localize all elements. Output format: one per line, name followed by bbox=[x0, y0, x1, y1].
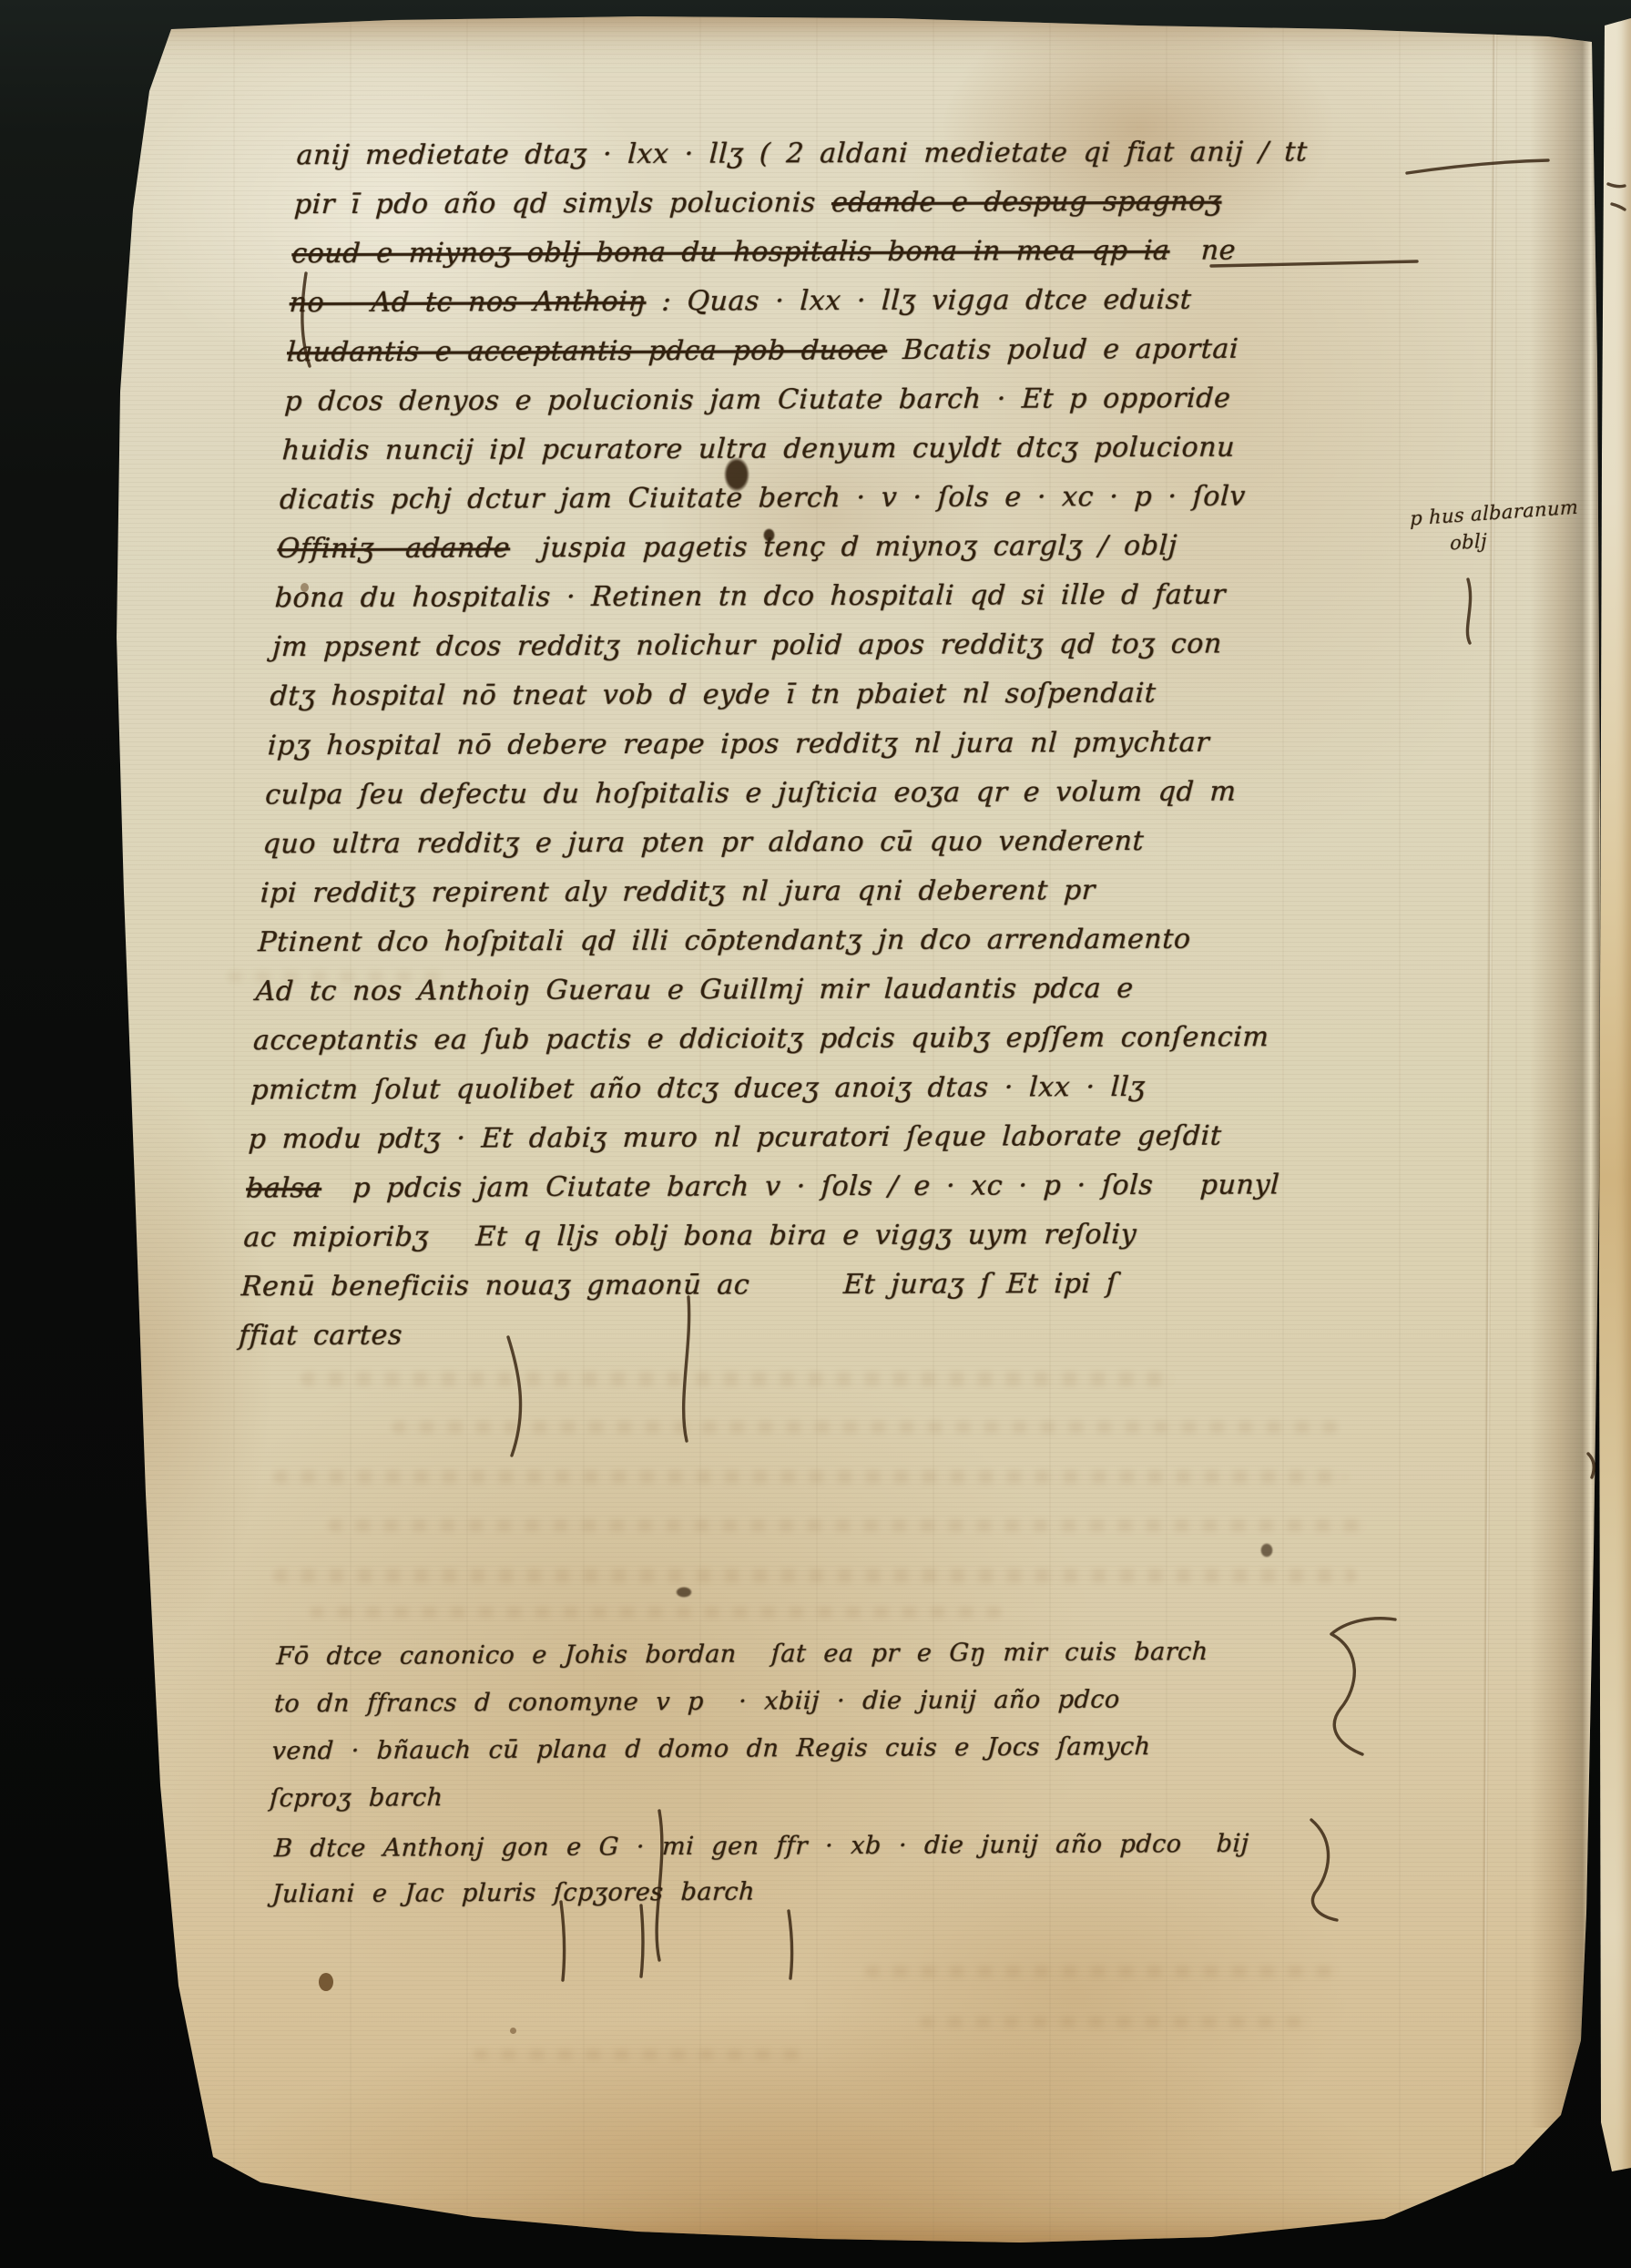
text-segment: ne bbox=[1169, 235, 1237, 267]
text-segment: : Quas · lxx · llʒ vigga dtce eduist bbox=[646, 284, 1193, 318]
text-segment: Bcatis polud e aportai bbox=[886, 333, 1239, 366]
text-segment: p dcos denyos e polucionis jam Ciutate b… bbox=[284, 383, 1232, 418]
manuscript-line: p dcos denyos e polucionis jam Ciutate b… bbox=[283, 373, 1452, 426]
showthrough-smudge bbox=[328, 1519, 1366, 1532]
manuscript-line: pmictm ſolut quolibet año dtcʒ duceʒ ano… bbox=[250, 1062, 1418, 1115]
text-segment: B dtce Anthonj gon e G · mi gen ffr · xb… bbox=[273, 1830, 1249, 1864]
text-segment: huidis nuncij ipl pcuratore ultra denyum… bbox=[281, 432, 1236, 467]
manuscript-line: ſcproʒ barch bbox=[269, 1770, 1419, 1824]
manuscript-line: p modu pdtʒ · Et dabiʒ muro nl pcuratori… bbox=[247, 1111, 1415, 1164]
ink-blot bbox=[676, 1587, 692, 1598]
ink-blot bbox=[1260, 1543, 1273, 1558]
text-segment: to dn ffrancs d conomyne v p · xbiij · d… bbox=[273, 1685, 1120, 1718]
text-segment: pmictm ſolut quolibet año dtcʒ duceʒ ano… bbox=[250, 1071, 1147, 1106]
docket-note-first: Fō dtce canonico e Johis bordan ſat ea p… bbox=[269, 1628, 1425, 1824]
struck-text-segment: laudantis e acceptantis pdca pob duoce bbox=[286, 334, 888, 368]
text-segment: ipʒ hospital nō debere reape ipos reddit… bbox=[267, 727, 1210, 762]
struck-text-segment: no Ad tc nos Anthoiŋ bbox=[289, 286, 647, 319]
struck-text-segment: balsa bbox=[245, 1172, 322, 1204]
text-segment: jm ppsent dcos redditʒ nolichur polid ap… bbox=[271, 628, 1222, 664]
manuscript-line: ipʒ hospital nō debere reape ipos reddit… bbox=[267, 718, 1435, 771]
showthrough-smudge bbox=[301, 1372, 1175, 1386]
struck-text-segment: Offiniʒ adande bbox=[277, 532, 511, 565]
manuscript-line: anij medietate dtaʒ · lxx · llʒ ( 2 alda… bbox=[295, 128, 1463, 180]
showthrough-smudge bbox=[310, 1607, 1002, 1618]
manuscript-line: ffiat cartes bbox=[238, 1308, 1406, 1361]
text-segment: Ad tc nos Anthoiŋ Guerau e Guillmj mir l… bbox=[255, 973, 1135, 1007]
paper-stain-speck bbox=[510, 2028, 516, 2034]
manuscript-line: Ad tc nos Anthoiŋ Guerau e Guillmj mir l… bbox=[254, 964, 1422, 1017]
manuscript-line: no Ad tc nos Anthoiŋ : Quas · lxx · llʒ … bbox=[288, 275, 1456, 328]
fore-edge-shading bbox=[1530, 33, 1599, 2128]
text-segment: p pdcis jam Ciutate barch v · ſols / e ·… bbox=[321, 1169, 1280, 1204]
manuscript-line: jm ppsent dcos redditʒ nolichur polid ap… bbox=[271, 619, 1440, 672]
manuscript-line: balsa p pdcis jam Ciutate barch v · ſols… bbox=[245, 1160, 1413, 1213]
manuscript-line: vend · bñauch cū plana d domo dn Regis c… bbox=[270, 1722, 1421, 1776]
manuscript-line: ipi redditʒ repirent aly redditʒ nl jura… bbox=[260, 865, 1428, 918]
manuscript-line: dicatis pchj dctur jam Ciuitate berch · … bbox=[279, 472, 1447, 525]
manuscript-line: bona du hospitalis · Retinen tn dco hosp… bbox=[273, 570, 1442, 623]
text-segment: Ptinent dco hoſpitali qd illi cōptendant… bbox=[257, 924, 1191, 959]
text-segment: p modu pdtʒ · Et dabiʒ muro nl pcuratori… bbox=[248, 1120, 1222, 1156]
text-segment: ſcproʒ barch bbox=[269, 1783, 443, 1813]
showthrough-smudge bbox=[273, 1470, 1348, 1484]
text-segment: culpa ſeu defectu du hoſpitalis e juſtic… bbox=[264, 776, 1237, 812]
main-text-block: anij medietate dtaʒ · lxx · llʒ ( 2 alda… bbox=[238, 128, 1463, 1361]
manuscript-page: anij medietate dtaʒ · lxx · llʒ ( 2 alda… bbox=[0, 0, 1631, 2268]
text-segment: ffiat cartes bbox=[238, 1320, 403, 1353]
struck-text-segment: coud e miynoʒ oblj bona du hospitalis bo… bbox=[291, 235, 1170, 270]
docket-note-second: B dtce Anthonj gon e G · mi gen ffr · xb… bbox=[270, 1821, 1422, 1918]
manuscript-line: acceptantis ea ſub pactis e ddicioitʒ pd… bbox=[252, 1013, 1421, 1066]
manuscript-line: ac mipioribʒ Et q lljs oblj bona bira e … bbox=[242, 1210, 1411, 1262]
manuscript-line: Juliani e Jac pluris ſcpʒores barch bbox=[270, 1866, 1421, 1918]
manuscript-line: Ptinent dco hoſpitali qd illi cōptendant… bbox=[257, 914, 1425, 967]
showthrough-smudge bbox=[474, 2049, 801, 2059]
text-segment: anij medietate dtaʒ · lxx · llʒ ( 2 alda… bbox=[296, 136, 1309, 171]
photograph-background: anij medietate dtaʒ · lxx · llʒ ( 2 alda… bbox=[0, 0, 1631, 2268]
text-segment: pir ī pdo año qd simyls polucionis bbox=[293, 187, 832, 220]
text-segment: ac mipioribʒ Et q lljs oblj bona bira e … bbox=[243, 1219, 1137, 1253]
text-segment: vend · bñauch cū plana d domo dn Regis c… bbox=[271, 1732, 1151, 1765]
manuscript-line: Renū beneficiis nouaʒ gmaonū ac Et juraʒ… bbox=[240, 1259, 1409, 1312]
text-segment: ipi redditʒ repirent aly redditʒ nl jura… bbox=[260, 874, 1096, 909]
showthrough-smudge bbox=[865, 1966, 1339, 1977]
text-segment: dicatis pchj dctur jam Ciuitate berch · … bbox=[279, 481, 1246, 516]
text-segment: acceptantis ea ſub pactis e ddicioitʒ pd… bbox=[252, 1021, 1269, 1057]
manuscript-line: culpa ſeu defectu du hoſpitalis e juſtic… bbox=[264, 767, 1432, 820]
manuscript-line: coud e miynoʒ oblj bona du hospitalis bo… bbox=[291, 226, 1459, 279]
text-segment: dtʒ hospital nō tneat vob d eyde ī tn pb… bbox=[270, 678, 1157, 712]
showthrough-smudge bbox=[392, 1421, 1339, 1434]
manuscript-line: laudantis e acceptantis pdca pob duoce B… bbox=[286, 324, 1454, 377]
manuscript-line: huidis nuncij ipl pcuratore ultra denyum… bbox=[280, 423, 1449, 475]
text-segment: oblj bbox=[1450, 530, 1487, 555]
text-segment: Renū beneficiis nouaʒ gmaonū ac Et juraʒ… bbox=[240, 1268, 1117, 1303]
showthrough-smudge bbox=[273, 1568, 1357, 1583]
text-segment: bona du hospitalis · Retinen tn dco hosp… bbox=[274, 579, 1227, 615]
manuscript-line: dtʒ hospital nō tneat vob d eyde ī tn pb… bbox=[269, 669, 1437, 721]
manuscript-line: to dn ffrancs d conomyne v p · xbiij · d… bbox=[273, 1675, 1423, 1729]
manuscript-line: Offiniʒ adande juspia pagetis tenç d miy… bbox=[276, 521, 1444, 574]
manuscript-line: Fō dtce canonico e Johis bordan ſat ea p… bbox=[275, 1628, 1425, 1681]
struck-text-segment: edande e despug spagnoʒ bbox=[831, 186, 1222, 219]
manuscript-line: pir ī pdo año qd simyls polucionis edand… bbox=[293, 177, 1462, 230]
text-segment: Fō dtce canonico e Johis bordan ſat ea p… bbox=[276, 1638, 1209, 1670]
paper-stain-speck bbox=[319, 1973, 333, 1991]
manuscript-line: quo ultra redditʒ e jura pten pr aldano … bbox=[261, 816, 1430, 869]
manuscript-line: B dtce Anthonj gon e G · mi gen ffr · xb… bbox=[273, 1821, 1423, 1873]
text-segment: juspia pagetis tenç d miynoʒ carglʒ / ob… bbox=[509, 530, 1177, 565]
showthrough-smudge bbox=[920, 2017, 1311, 2028]
text-segment: Juliani e Jac pluris ſcpʒores barch bbox=[271, 1878, 756, 1909]
text-segment: quo ultra redditʒ e jura pten pr aldano … bbox=[262, 825, 1145, 860]
